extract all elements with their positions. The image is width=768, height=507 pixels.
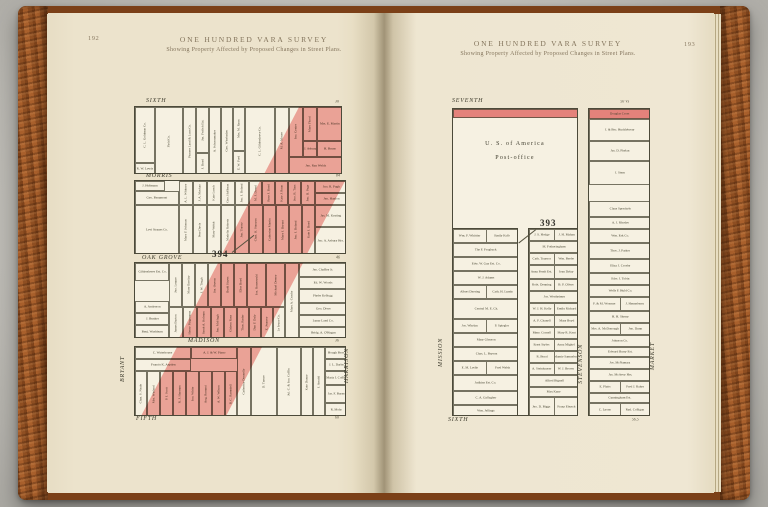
lot: Anna Fendt Est.Jean Delay — [529, 265, 578, 279]
lot-owner-label: Alfred Bignell — [530, 376, 578, 386]
lot-owner-label: Ed. W. Woods — [300, 278, 346, 288]
lot: Jas. M. Keating — [315, 205, 346, 227]
lot-owner-label: W. J. Brown — [554, 364, 579, 374]
lot-owner-label: Mary F. Johnson — [180, 206, 192, 254]
lot: A. Schoonmaker — [209, 107, 221, 174]
right-page: 193 ONE HUNDRED VARA SURVEY Showing Prop… — [384, 13, 714, 493]
lot-owner-label: M. Fotheringham — [530, 242, 578, 252]
lot-owner-label: Jas. Frolich Est. — [197, 108, 208, 152]
lot-owner-label: Jos. McNamara — [590, 358, 650, 368]
lot: C. L. Gildersleeve Co. — [245, 107, 275, 174]
lot-owner-label: Geo. Hoffman — [222, 182, 234, 204]
lot: Mary A. Crosby — [285, 263, 299, 338]
lot: Jul. C. & Jno. Coffin — [277, 347, 301, 416]
lot-owner-label: Ernst Styles — [530, 340, 554, 350]
lot: A. W. Wilson — [212, 371, 225, 416]
lot: Jno. A. Asbury Hrs. — [315, 227, 346, 254]
lot: Wm. Esk Co. — [589, 229, 650, 243]
lot: Johnson Co. — [589, 335, 650, 347]
lot-owner-label: Madelia Roberts — [222, 206, 234, 254]
lot: A. F. ChanellMary Boyd — [529, 315, 578, 327]
lot-owner-label: Jno. Leeper — [170, 264, 181, 306]
lot: H. H. Sherry — [589, 311, 650, 323]
lot-owner-label: Mrs. Wieland — [148, 372, 159, 416]
lot: Lunar Land Co. — [299, 315, 346, 327]
lot: Thos. Ryder — [237, 307, 249, 338]
lot: Levi Strauss Co. — [135, 205, 179, 254]
lot: Jno. Center — [289, 107, 303, 157]
lot: Judkins Est. Co. — [453, 375, 518, 391]
lot-owner-label: Mary A. Crosby — [286, 264, 298, 338]
lot-owner-label: P. Spiegler — [486, 320, 519, 332]
dimension-label: 56.5 — [632, 418, 639, 422]
lot: Sarah A. Holman — [197, 307, 211, 338]
lot: Jno. D. BiggsFranz Ebusch — [529, 397, 578, 416]
lot: Pere Davis — [193, 205, 207, 254]
lot: Geo. Wisebaden — [221, 107, 233, 174]
lot: Jas. Owens — [208, 263, 221, 307]
lot-owner-label: A. W. Wilson — [213, 372, 224, 416]
lot-owner-label: Cath. Traynor — [530, 254, 554, 264]
lot-owner-label: Francis K. Aspden — [136, 360, 190, 370]
lot: Chas. L. Bryson — [453, 347, 518, 361]
lot-owner-label: Jno. D. Biggs — [530, 398, 554, 416]
lot-owner-label: Chas. S. Neale — [136, 372, 146, 416]
lot-owner-label: Jas. Owens — [209, 264, 220, 306]
lot-owner-label: U. S. of America — [453, 141, 577, 147]
lot-owner-label: Gildersleeve Est. Co. — [136, 264, 168, 280]
lot-owner-label: Mary Boyd — [554, 316, 579, 326]
lot-owner-label: B. C. Ramsdell — [226, 372, 236, 416]
lot: Michael Dewey — [266, 263, 285, 307]
lot-owner-label: Mary J. Bryant — [277, 206, 288, 254]
lot: J. Hofmann — [135, 181, 165, 191]
lot-owner-label: Pioneer Land & Loan Co. — [184, 108, 195, 174]
lot: Kate J. Boyd — [302, 205, 315, 254]
lot-owner-label: Jno. Ray Welch — [290, 158, 342, 174]
lot: Rose J. Boyd — [262, 181, 275, 205]
lot-owner-label: Thos. J. Parker — [590, 244, 650, 258]
lot-owner-label: Robt. Denning — [530, 280, 554, 290]
lot-owner-label: Budd Hayes — [222, 264, 233, 306]
lot: Mrs. E. Martin — [317, 107, 342, 141]
lot-owner-label: W. J. Adams — [454, 272, 518, 284]
lot: Kate Dunne — [301, 347, 313, 416]
lot-owner-label: Kate Dunne — [302, 348, 312, 416]
lot-owner-label: H. H. Sherry — [590, 312, 650, 322]
lot-owner-label: Cath. H. Lundy — [486, 286, 519, 298]
dimension-label: 30 — [335, 100, 339, 104]
lot — [453, 109, 578, 118]
lot-owner-label: Jno. R. Tays — [289, 182, 300, 204]
lot-owner-label: J. L. Darby — [326, 360, 346, 370]
right-map-plate: U. S. of AmericaPost-officeWm. F. Whitti… — [448, 100, 653, 420]
map-block: Wm. F. WhittierEmily KolbThe F. Frogback… — [452, 228, 518, 416]
block-number: 393 — [540, 218, 557, 228]
lot-owner-label: Wells F. Huld Co. — [590, 286, 650, 296]
lot-owner-label: B. P. Oliver — [554, 280, 579, 290]
lot-owner-label: Cunningham Est. — [590, 394, 650, 402]
lot: Pioneer Land & Loan Co. — [183, 107, 196, 174]
lot: M. Fotheringham — [529, 241, 578, 253]
lot: Mary Barclay — [182, 263, 195, 307]
lot: A. SteinhauserW. J. Brown — [529, 363, 578, 375]
lot-owner-label: Fred Welsh — [486, 362, 519, 374]
lot: Mary F. Johnson — [179, 205, 193, 254]
lot-owner-label: Mrs. E. Martin — [318, 108, 342, 140]
lot-owner-label: Jas. D. Phelan — [590, 142, 650, 160]
lot: Wm. Jellings — [453, 405, 518, 416]
lot: Max Kane — [529, 387, 578, 397]
street-label-morris: MORRIS — [146, 173, 172, 179]
lot: J. Stern — [589, 161, 650, 185]
plate-title: ONE HUNDRED VARA SURVEY — [134, 35, 374, 44]
lot-owner-label: A. J. & W. Piano — [192, 348, 236, 358]
lot: Edw. W. Gay Est. Co. — [453, 257, 518, 271]
lot-owner-label: Jno. Dunn — [620, 324, 651, 334]
lot: Chas. H. Stanyan — [249, 205, 263, 254]
lot-owner-label: Bridg. A. O'Hagan — [300, 328, 346, 338]
street-label-sixth: SIXTH — [146, 98, 166, 104]
lot: Mary Flood — [303, 107, 317, 141]
lot-owner-label: Jno. J. Boland — [290, 206, 301, 254]
map-block: Douglas CrossJ. & Bro. HuckleberryJas. D… — [588, 108, 650, 416]
lot: Gideon Ross — [224, 307, 237, 338]
lot: James Burton — [169, 307, 183, 338]
lot-owner-label: Eliza J. Crosby — [590, 260, 650, 272]
lot-owner-label: Franz Ebusch — [554, 398, 579, 416]
street-label-bryant: BRYANT — [120, 356, 126, 382]
lot-owner-label: A. J. Rhodes — [590, 218, 650, 228]
lot-owner-label: Thos. Ryder — [238, 308, 248, 338]
lot-owner-label: A. Anderson — [136, 302, 168, 312]
lot-owner-label: Field Co. — [156, 108, 182, 174]
lot-owner-label: Jos. Wertheimer — [530, 292, 578, 302]
lot: Claus Spreckels — [589, 201, 650, 217]
lot-owner-label: D. Turner — [252, 348, 276, 416]
street-label-oak-grove: OAK GROVE — [142, 255, 182, 261]
lot-owner-label: Catherine Donnelly — [238, 348, 250, 416]
lot-owner-label: Michael Dewey — [267, 264, 284, 306]
lot: Benj. Washburn — [135, 325, 169, 338]
lot-owner-label: J. Bunker — [136, 314, 168, 324]
lot: Jas. D. Phelan — [589, 141, 650, 161]
lot: Henry Plagemann — [183, 307, 197, 338]
lot-owner-label: Kate J. Ryan — [276, 182, 287, 204]
lot-owner-label: A. Steinhauser — [530, 364, 554, 374]
lot: Eliza J. Crosby — [589, 259, 650, 273]
lot-owner-label: Gideon Ross — [225, 308, 236, 338]
lot-owner-label: Jno. Hanlon — [316, 194, 346, 204]
lot-owner-label: A. F. Chanell — [530, 316, 554, 326]
lot: H. Bruns — [317, 141, 342, 157]
lot: Alfred Bignell — [529, 375, 578, 387]
lot: Kate Lynch — [207, 181, 221, 205]
lot: Dan F. Daly — [249, 307, 261, 338]
page-number-right: 193 — [684, 41, 695, 48]
lot-owner-label: Levi Strauss Co. — [136, 206, 178, 254]
lot: C. LyonsRud. Colligan — [589, 403, 650, 416]
lot: Jno. R. Pugh — [315, 181, 346, 193]
lot-owner-label: James Burton — [170, 308, 182, 338]
lot-owner-label: The F. Frogback — [454, 244, 518, 256]
lot: Jno. J. Boland — [289, 205, 302, 254]
lot-owner-label: J. Henneberry — [620, 298, 651, 310]
lot-owner-label: Benj. Washburn — [136, 326, 168, 338]
lot: Field Co. — [155, 107, 183, 174]
lot: Jno. Hanlon — [315, 193, 346, 205]
lot-owner-label: Maria I. Coffin — [326, 372, 346, 384]
street-label-harrison: HARRISON — [344, 348, 350, 383]
lot-owner-label: Jno. Center — [290, 108, 302, 156]
lot-owner-label: E. Platts — [590, 382, 620, 392]
lot: Jos. WhelanP. Spiegler — [453, 319, 518, 333]
lot: E. W. Ford — [233, 151, 245, 174]
lot: R. Mohr — [325, 403, 346, 416]
lot-owner-label: Dan F. Daly — [250, 308, 260, 338]
lot-owner-label: Edw. J. Tobin — [590, 274, 650, 284]
lot-owner-label: C. A. Gallagher — [454, 392, 518, 404]
lot-owner-label: Anna Mighel — [554, 340, 579, 350]
lot-owner-label: Hough Bros. — [326, 348, 346, 358]
lot-owner-label: F. & M. Woerner — [590, 298, 620, 310]
lot-owner-label: R. J. Hayman — [174, 372, 185, 416]
lot: A. Anderson — [135, 301, 169, 313]
lot: Chas. S. Neale — [135, 371, 147, 416]
lot: The F. Frogback — [453, 243, 518, 257]
lot-owner-label: Post-office — [453, 155, 577, 161]
lot: A. L. Whitney — [179, 181, 193, 205]
lot-owner-label: Chas. L. Bryson — [454, 348, 518, 360]
lot: E. Jeanery — [261, 307, 273, 338]
block-number: 394 — [212, 249, 229, 259]
lot: Mrs. A. McDonoughJno. Dunn — [589, 323, 650, 335]
page-stack-edges-right — [713, 14, 721, 492]
map-block: J. S. HodgeJ. H. MahanM. FotheringhamCat… — [528, 228, 578, 416]
map-block: C. WaterhouseFrancis K. AspdenChas. S. N… — [134, 346, 346, 416]
lot-owner-label: Le Jeune Co. — [274, 308, 284, 338]
left-page: 192 ONE HUNDRED VARA SURVEY Showing Prop… — [48, 13, 384, 493]
lot-owner-label: Mary Welsh — [208, 206, 220, 254]
lot-owner-label: Fred J. Raher — [620, 382, 651, 392]
lot: Budd Hayes — [221, 263, 234, 307]
book-scan-photo: 192 ONE HUNDRED VARA SURVEY Showing Prop… — [0, 0, 768, 507]
lot: Mary J. Bryant — [276, 205, 289, 254]
lot-owner-label: Geo. Wisebaden — [222, 108, 232, 174]
lot: Central M. E. Ch. — [453, 299, 518, 319]
lot-owner-label: Edw. W. Gay Est. Co. — [454, 258, 518, 270]
lot: Jos. Rosenwald — [247, 263, 266, 307]
left-map-plate: C. L. Goldman Co.R. W. LewisField Co.Pio… — [130, 100, 345, 420]
lot: C. Waterhouse — [135, 347, 191, 359]
lot-owner-label: Ang. Romani — [200, 372, 211, 416]
map-block: J. HofmannGeo. BeaumontLevi Strauss Co.A… — [134, 180, 346, 254]
lot-owner-label: M. A. Moore — [276, 108, 288, 174]
lot: W. J. H. KellyEmily Rickard — [529, 303, 578, 315]
lot-owner-label: C. Lyons — [590, 404, 620, 416]
lot-owner-label: Douglas Cross — [590, 110, 650, 118]
lot: Edw. J. Tobin — [589, 273, 650, 285]
lot: Cath. TraynorWm. Beebe — [529, 253, 578, 265]
lot: Jos. Wertheimer — [529, 291, 578, 303]
street-label-mission: MISSION — [438, 338, 444, 367]
lot: Elise Boyd — [234, 263, 247, 307]
lot-owner-label: E. W. Ford — [234, 152, 244, 174]
lot-owner-label: Judkins Est. Co. — [454, 376, 518, 390]
lot-owner-label: Chas. H. Stanyan — [250, 206, 262, 254]
lot-owner-label: Geo. Beaumont — [136, 192, 178, 204]
lot: Mrs. Wieland — [147, 371, 160, 416]
lot: Jno. White — [186, 371, 199, 416]
street-label-sixth: SIXTH — [448, 417, 468, 423]
lot: Madelia Roberts — [221, 205, 235, 254]
lot: J. & Bro. Huckleberry — [589, 119, 650, 141]
lot-owner-label: Elise Boyd — [235, 264, 246, 306]
lot: Geo. Diver — [299, 303, 346, 315]
lot-owner-label: Mary R. Kent — [554, 328, 579, 338]
lot: Hough Bros. — [325, 347, 346, 359]
lot: Jno. Ray Welch — [289, 157, 342, 174]
lot: Geo. Hoffman — [221, 181, 235, 205]
page-number-left: 192 — [88, 35, 99, 42]
lot-owner-label: P. J. Scott — [161, 372, 172, 416]
lot-owner-label: Claus Spreckels — [590, 202, 650, 216]
lot: Ed. W. Woods — [299, 277, 346, 289]
lot-owner-label: Emily Rickard — [554, 304, 579, 314]
lot-owner-label: Lunar Land Co. — [300, 316, 346, 326]
lot: Le Jeune Co. — [273, 307, 285, 338]
lot: Jas. McAvoy Hrs. — [589, 369, 650, 381]
lot: P. J. Scott — [160, 371, 173, 416]
lot-owner-label: Jno. Chaffey Jr. — [300, 264, 346, 276]
street-label-fifth: FIFTH — [136, 416, 157, 422]
lot: F. & M. WoernerJ. Henneberry — [589, 297, 650, 311]
lot-owner-label: A. Schoonmaker — [210, 108, 220, 174]
lot-owner-label: Emily Kolb — [486, 230, 519, 242]
lot-owner-label: Jos. Rosenwald — [248, 264, 265, 306]
lot: Jno. Leeper — [169, 263, 182, 307]
lot-owner-label: Mrs. M. Ryan — [234, 108, 244, 150]
lot-owner-label: Phebe Kellogg — [300, 290, 346, 302]
book-cover-left-edge — [18, 6, 48, 500]
lot-owner-label: Mary Flood — [304, 108, 316, 140]
lot-owner-label: J. Arnold — [314, 348, 324, 416]
lot: Gildersleeve Est. Co. — [135, 263, 169, 281]
lot: Mme. CornellMary R. Kent — [529, 327, 578, 339]
lot: D. Turner — [251, 347, 277, 416]
lot: Albert DeeringCath. H. Lundy — [453, 285, 518, 299]
lot-owner-label: J. Hofmann — [136, 182, 164, 190]
lot: W. J. Adams — [453, 271, 518, 285]
lot: J. L. Darby — [325, 359, 346, 371]
lot-owner-label: Rud. Colligan — [620, 404, 651, 416]
lot: J. S. HodgeJ. H. Mahan — [529, 229, 578, 241]
map-block: Gildersleeve Est. Co.A. AndersonJ. Bunke… — [134, 262, 346, 338]
lot-owner-label: C. L. Goldman Co. — [136, 108, 154, 162]
right-plate-header: ONE HUNDRED VARA SURVEY Showing Property… — [432, 39, 664, 57]
lot: Edward Barry Est. — [589, 347, 650, 357]
lot: J. A. Mackay — [193, 181, 207, 205]
lot: Francis K. Aspden — [135, 359, 191, 371]
lot: Catherine Donnelly — [237, 347, 251, 416]
lot-owner-label: R. Boyd — [530, 352, 554, 362]
lot: J. Bunker — [135, 313, 169, 325]
lot-owner-label: Wm. F. Whittier — [454, 230, 486, 242]
lot-owner-label: Mamie Samuelson — [554, 352, 579, 362]
lot: Ang. Romani — [199, 371, 212, 416]
lot: Jos. McNamara — [589, 357, 650, 369]
street-label-madison: MADISON — [188, 338, 220, 344]
lot: J. Asbury — [303, 141, 317, 157]
lot-owner-label: Wm. Jellings — [454, 406, 518, 416]
lot-owner-label: Mrs. A. McDonough — [590, 324, 620, 334]
lot: Maria I. Coffin — [325, 371, 346, 385]
dimension-label: 60 — [335, 416, 339, 420]
atlas-book: 192 ONE HUNDRED VARA SURVEY Showing Prop… — [18, 6, 750, 500]
lot: Jas. F. Burns — [325, 385, 346, 403]
lot-owner-label: E. Jeanery — [262, 308, 272, 338]
lot: Jno. Chaffey Jr. — [299, 263, 346, 277]
lot: Douglas Cross — [589, 109, 650, 119]
lot: Jno. McHugh — [211, 307, 224, 338]
lot: A. J. Rhodes — [589, 217, 650, 229]
lot: Wells F. Huld Co. — [589, 285, 650, 297]
lot-owner-label — [454, 110, 578, 117]
lot-owner-label: Edward Barry Est. — [590, 348, 650, 356]
lot-owner-label: Jas. M. Keating — [316, 206, 346, 226]
lot-owner-label: Pere Davis — [194, 206, 206, 254]
lot: Mary Gleason — [453, 333, 518, 347]
plate-subtitle: Showing Property Affected by Proposed Ch… — [134, 47, 374, 53]
lot-owner-label: A. L. Whitney — [180, 182, 192, 204]
lot-owner-label: J. Stern — [590, 162, 650, 184]
plate-title: ONE HUNDRED VARA SURVEY — [432, 39, 664, 48]
lot-owner-label: J. H. Mahan — [554, 230, 579, 240]
lot: J. Boyd — [196, 153, 209, 174]
lot-owner-label: Mary Barclay — [183, 264, 194, 306]
lot: J. Arnold — [313, 347, 325, 416]
lot-owner-label: Jno. J. Boland — [236, 182, 248, 204]
street-label-seventh: SEVENTH — [452, 98, 483, 104]
lot: Mary Welsh — [207, 205, 221, 254]
lot-owner-label: Kate J. Boyd — [303, 206, 314, 254]
lot-owner-label: Jno. A. Asbury Hrs. — [316, 228, 346, 254]
lot: Geo. Beaumont — [135, 191, 179, 205]
lot-owner-label: M. J. Dowd — [250, 182, 261, 204]
lot: C. L. Goldman Co. — [135, 107, 155, 163]
lot-owner-label: Jas. F. Burns — [326, 386, 346, 402]
lot-owner-label: Geo. Diver — [300, 304, 346, 314]
lot: B. C. Ramsdell — [225, 371, 237, 416]
lot-owner-label: Kate Lynch — [208, 182, 220, 204]
lot-owner-label: Anna Fendt Est. — [530, 266, 554, 278]
lot-owner-label: Jean Delay — [554, 266, 579, 278]
lot-owner-label: Mme. Cornell — [530, 328, 554, 338]
book-cover-right-edge — [720, 6, 750, 500]
lot-owner-label: Jno. White — [187, 372, 198, 416]
lot: Bridg. A. O'Hagan — [299, 327, 346, 338]
lot: Jno. B. Page — [301, 181, 315, 205]
lot: A. J. & W. Piano — [191, 347, 237, 359]
lot-owner-label: J. A. Mackay — [194, 182, 206, 204]
lot-owner-label: H. Bruns — [318, 142, 342, 156]
lot-owner-label: Sarah A. Holman — [198, 308, 210, 338]
lot-owner-label: E. M. Leslie — [454, 362, 486, 374]
lot-owner-label: Central M. E. Ch. — [454, 300, 518, 318]
lot-owner-label: W. J. H. Kelly — [530, 304, 554, 314]
lot: R. BoydMamie Samuelson — [529, 351, 578, 363]
lot-owner-label: Mary Gleason — [454, 334, 518, 346]
